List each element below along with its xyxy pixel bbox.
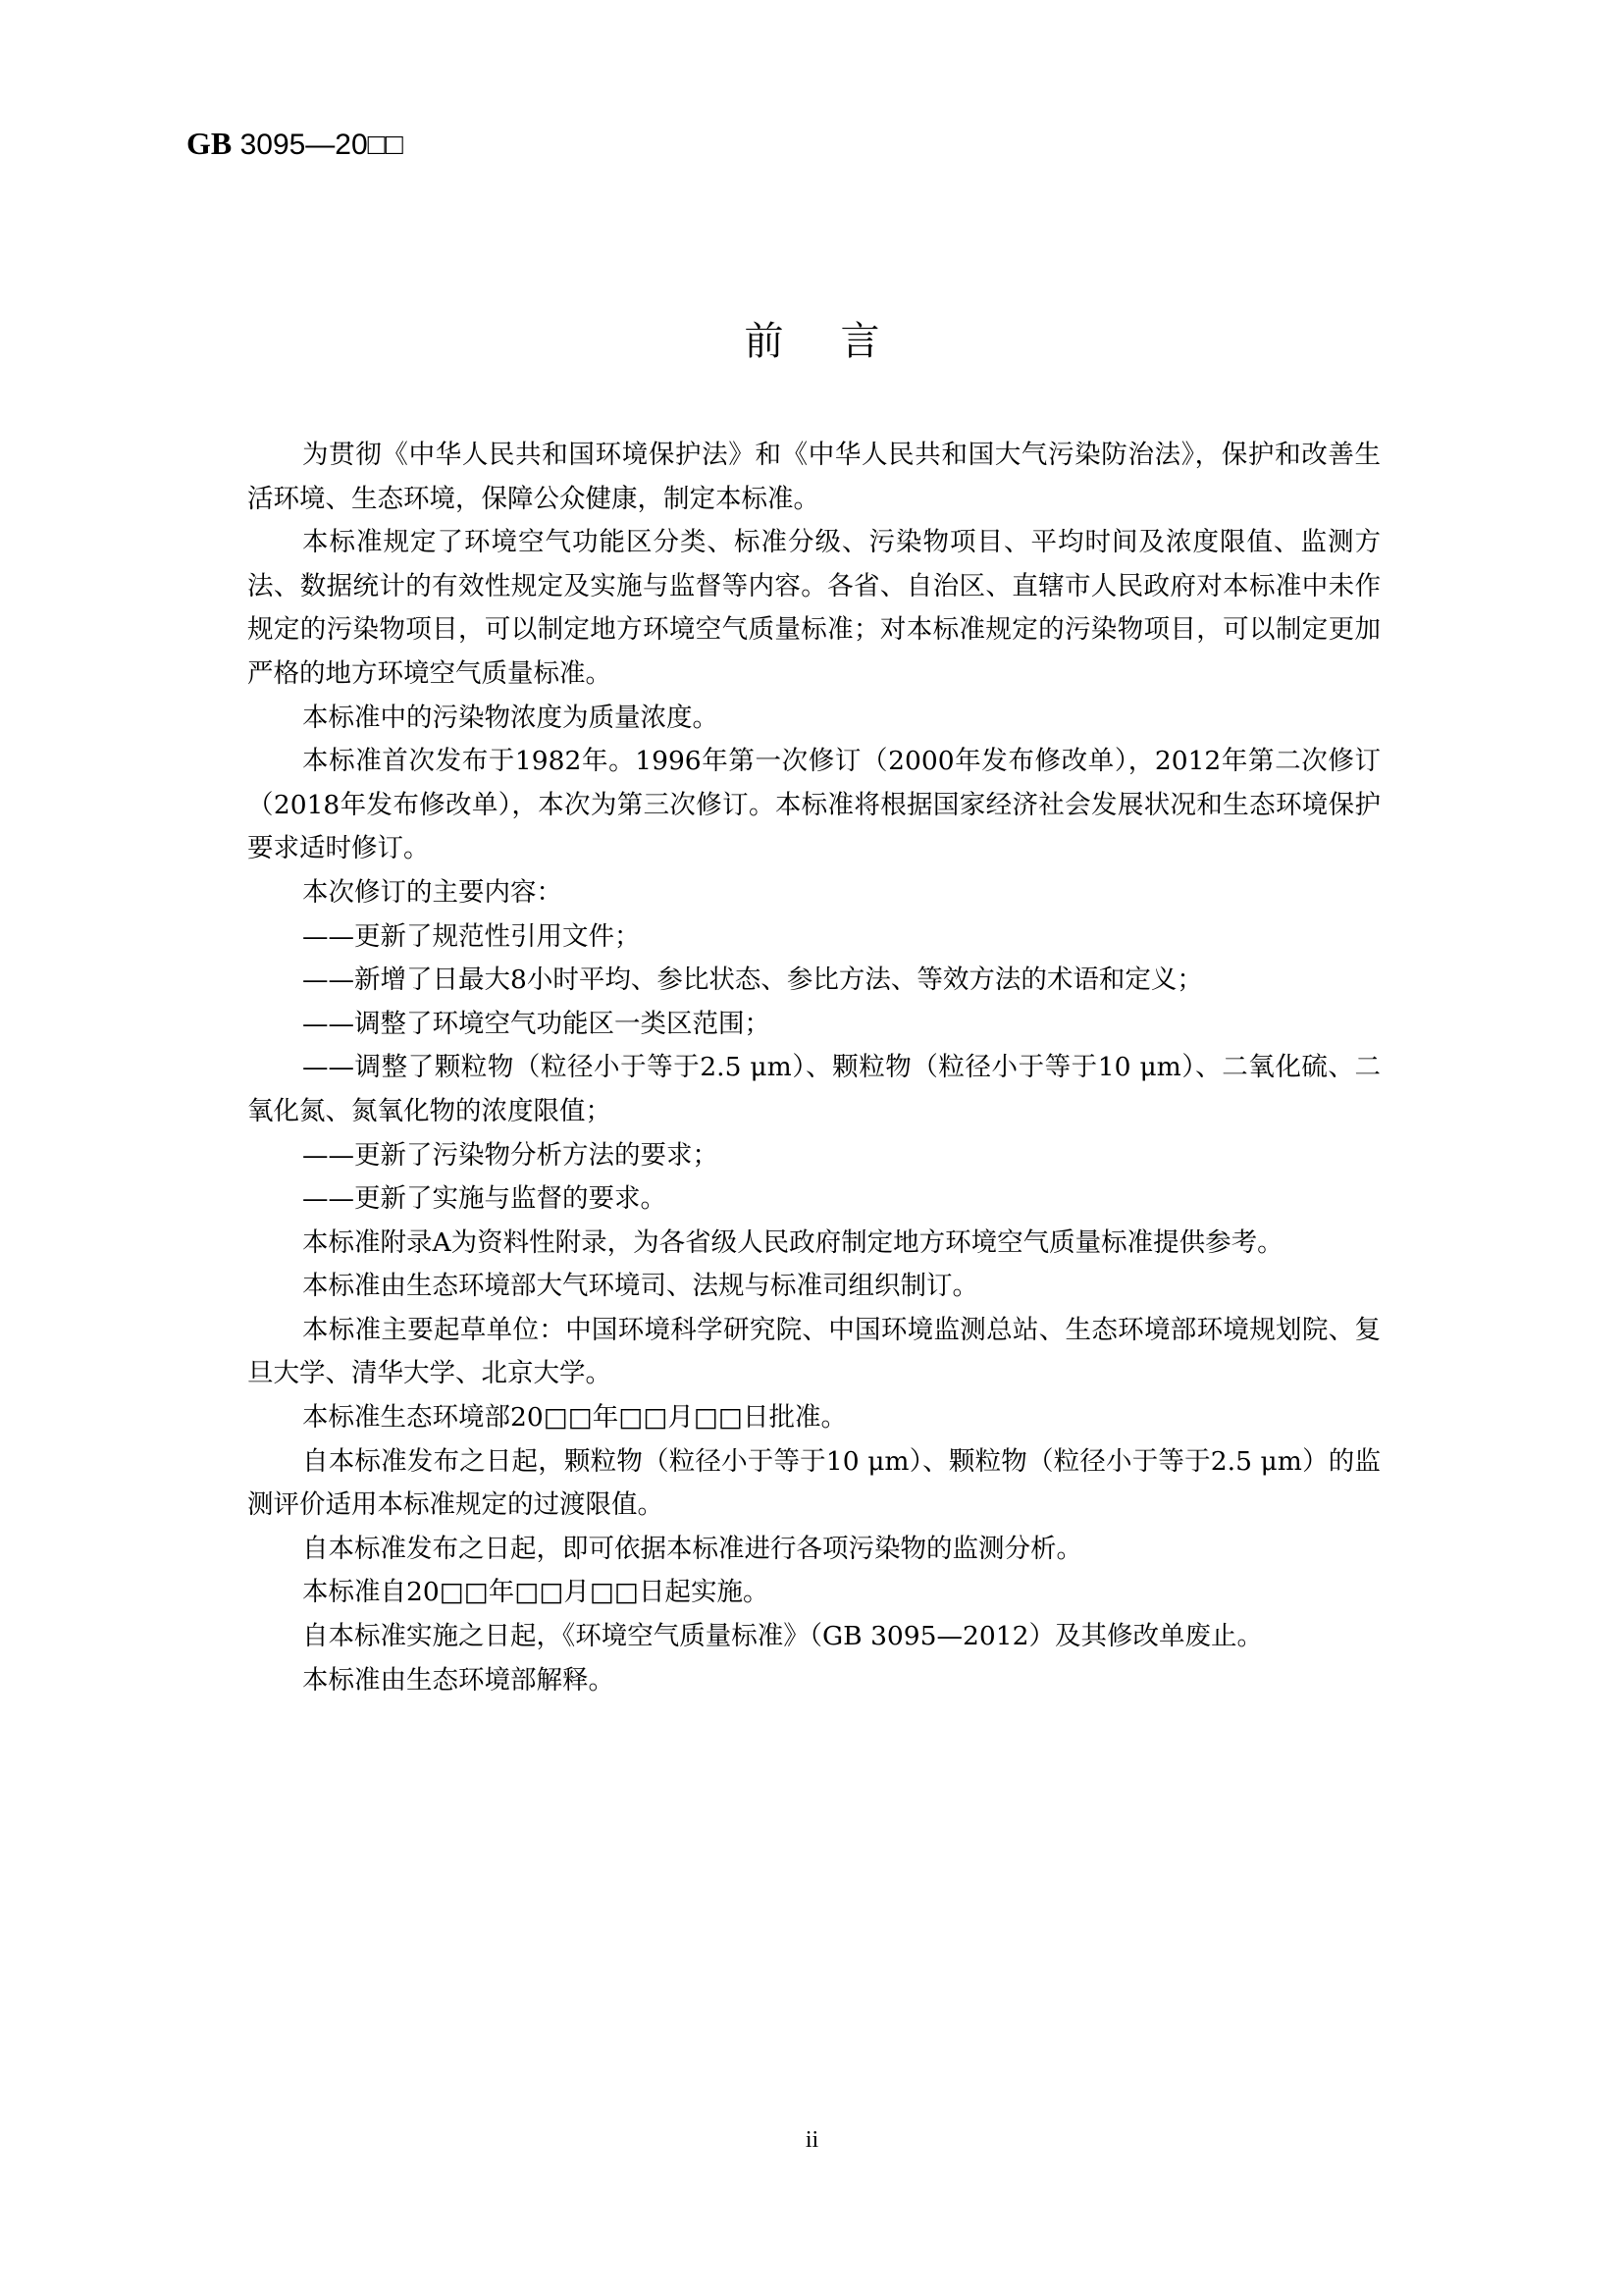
revision-item: ——新增了日最大8小时平均、参比状态、参比方法、等效方法的术语和定义； — [247, 959, 1381, 1003]
paragraph-transition: 自本标准发布之日起，颗粒物（粒径小于等于10 μm）、颗粒物（粒径小于等于2.5… — [247, 1440, 1381, 1528]
paragraph-interpretation: 本标准由生态环境部解释。 — [247, 1659, 1381, 1703]
title-char-2: 言 — [841, 310, 880, 366]
paragraph-revision-intro: 本次修订的主要内容： — [247, 871, 1381, 915]
page-number: ii — [0, 2127, 1624, 2154]
paragraph-drafters: 本标准主要起草单位：中国环境科学研究院、中国环境监测总站、生态环境部环境规划院、… — [247, 1309, 1381, 1396]
revision-item: ——调整了环境空气功能区一类区范围； — [247, 1003, 1381, 1047]
paragraph-appendix: 本标准附录A为资料性附录，为各省级人民政府制定地方环境空气质量标准提供参考。 — [247, 1222, 1381, 1266]
document-header: GB 3095—20□□ — [186, 126, 403, 162]
revision-item: ——更新了规范性引用文件； — [247, 915, 1381, 960]
paragraph-approval: 本标准生态环境部20□□年□□月□□日批准。 — [247, 1396, 1381, 1440]
standard-prefix: GB — [186, 126, 232, 161]
paragraph-purpose: 为贯彻《中华人民共和国环境保护法》和《中华人民共和国大气污染防治法》，保护和改善… — [247, 434, 1381, 521]
revision-item: ——调整了颗粒物（粒径小于等于2.5 μm）、颗粒物（粒径小于等于10 μm）、… — [247, 1046, 1381, 1133]
paragraph-effective-date: 本标准自20□□年□□月□□日起实施。 — [247, 1571, 1381, 1615]
revision-item: ——更新了实施与监督的要求。 — [247, 1177, 1381, 1222]
standard-code: 3095—20□□ — [232, 129, 403, 161]
paragraph-history: 本标准首次发布于1982年。1996年第一次修订（2000年发布修改单），201… — [247, 740, 1381, 871]
page-title: 前言 — [0, 310, 1624, 366]
paragraph-repeal: 自本标准实施之日起，《环境空气质量标准》（GB 3095—2012）及其修改单废… — [247, 1615, 1381, 1659]
revision-item: ——更新了污染物分析方法的要求； — [247, 1134, 1381, 1178]
paragraph-scope: 本标准规定了环境空气功能区分类、标准分级、污染物项目、平均时间及浓度限值、监测方… — [247, 521, 1381, 696]
paragraph-concentration: 本标准中的污染物浓度为质量浓度。 — [247, 697, 1381, 741]
paragraph-organizer: 本标准由生态环境部大气环境司、法规与标准司组织制订。 — [247, 1265, 1381, 1309]
paragraph-monitoring: 自本标准发布之日起，即可依据本标准进行各项污染物的监测分析。 — [247, 1528, 1381, 1572]
title-char-1: 前 — [745, 310, 784, 366]
foreword-body: 为贯彻《中华人民共和国环境保护法》和《中华人民共和国大气污染防治法》，保护和改善… — [247, 434, 1381, 1702]
